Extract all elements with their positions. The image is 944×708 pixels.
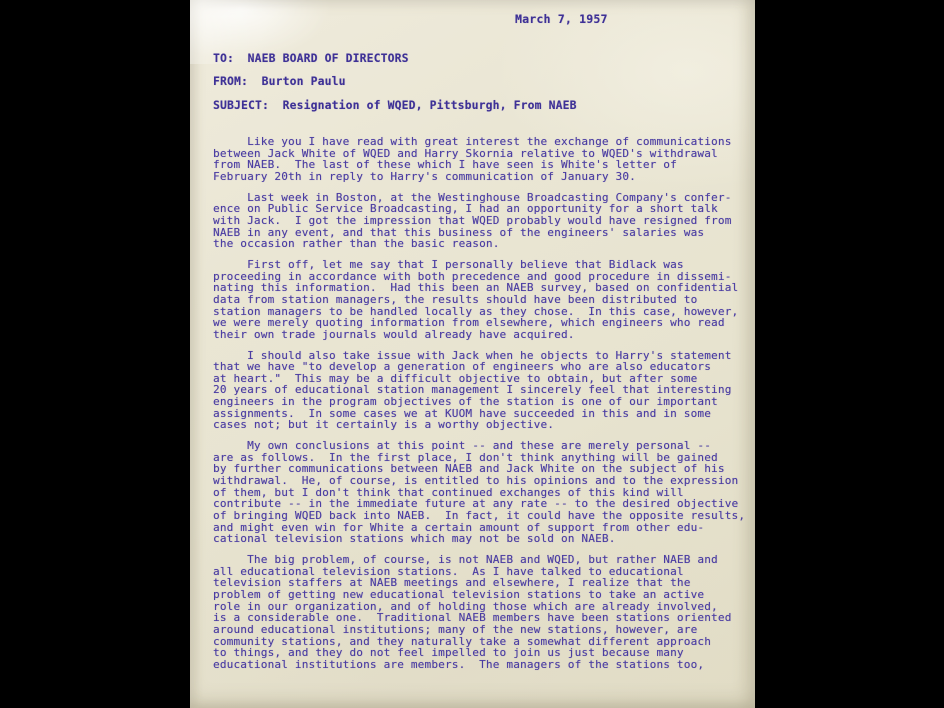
letter-body: Like you I have read with great interest… — [213, 136, 749, 680]
letter-page: March 7, 1957 TO: NAEB BOARD OF DIRECTOR… — [190, 0, 755, 708]
memo-to-label: TO: — [213, 53, 234, 65]
letter-paragraph-5: My own conclusions at this point -- and … — [213, 440, 749, 545]
memo-to-value: NAEB BOARD OF DIRECTORS — [248, 53, 409, 65]
memo-to-row: TO: NAEB BOARD OF DIRECTORS — [213, 53, 577, 65]
letter-paragraph-6: The big problem, of course, is not NAEB … — [213, 554, 749, 671]
memo-subject-value: Resignation of WQED, Pittsburgh, From NA… — [283, 100, 577, 112]
memo-from-label: FROM: — [213, 76, 248, 88]
letter-date: March 7, 1957 — [515, 13, 608, 25]
scan-background: March 7, 1957 TO: NAEB BOARD OF DIRECTOR… — [0, 0, 944, 708]
memo-header: TO: NAEB BOARD OF DIRECTORS FROM: Burton… — [213, 53, 577, 123]
memo-subject-row: SUBJECT: Resignation of WQED, Pittsburgh… — [213, 100, 577, 112]
memo-subject-label: SUBJECT: — [213, 100, 269, 112]
memo-from-row: FROM: Burton Paulu — [213, 76, 577, 88]
letter-paragraph-1: Like you I have read with great interest… — [213, 136, 749, 183]
letter-paragraph-4: I should also take issue with Jack when … — [213, 350, 749, 432]
letter-paragraph-3: First off, let me say that I personally … — [213, 259, 749, 341]
memo-from-value: Burton Paulu — [262, 76, 346, 88]
letter-paragraph-2: Last week in Boston, at the Westinghouse… — [213, 192, 749, 250]
